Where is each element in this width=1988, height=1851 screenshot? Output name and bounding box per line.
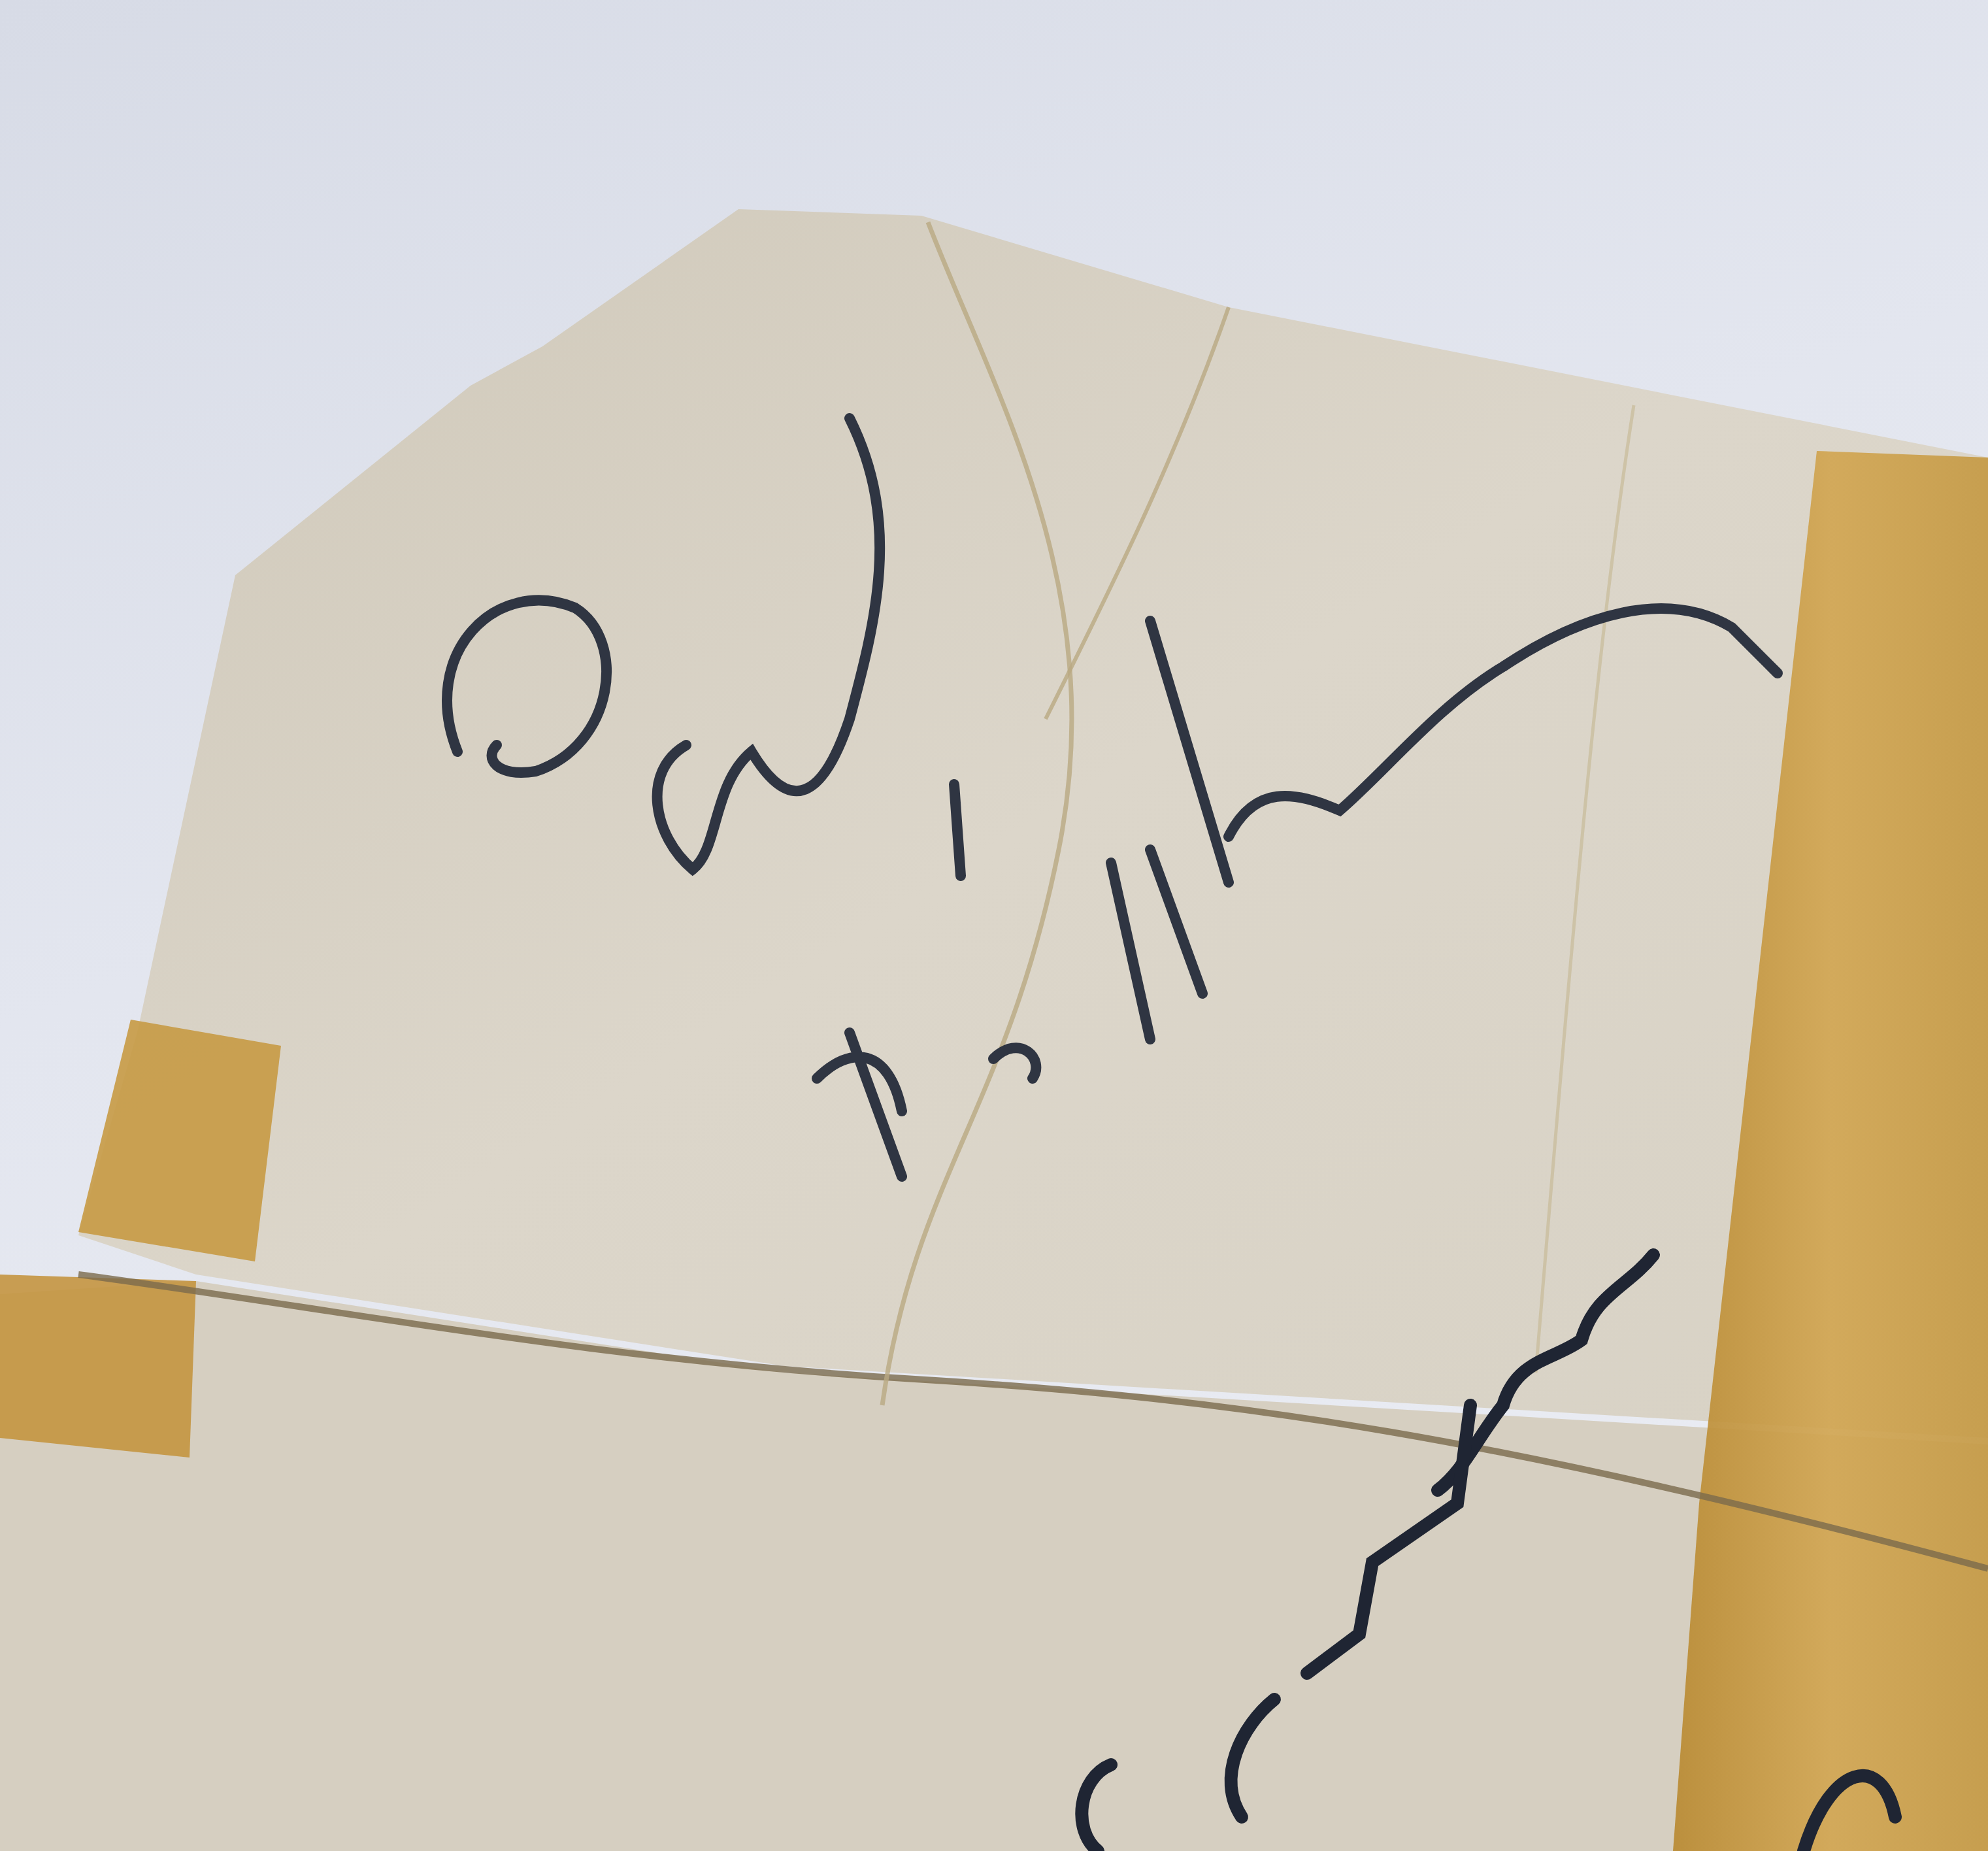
paper-fragment — [0, 0, 1988, 1851]
photo-scene: Paul McCartney ...ennon (partial) — [0, 0, 1988, 1851]
paper-upper — [78, 209, 1988, 1438]
tape-left-upper — [78, 1020, 281, 1261]
tape-left-lower — [0, 1275, 196, 1458]
